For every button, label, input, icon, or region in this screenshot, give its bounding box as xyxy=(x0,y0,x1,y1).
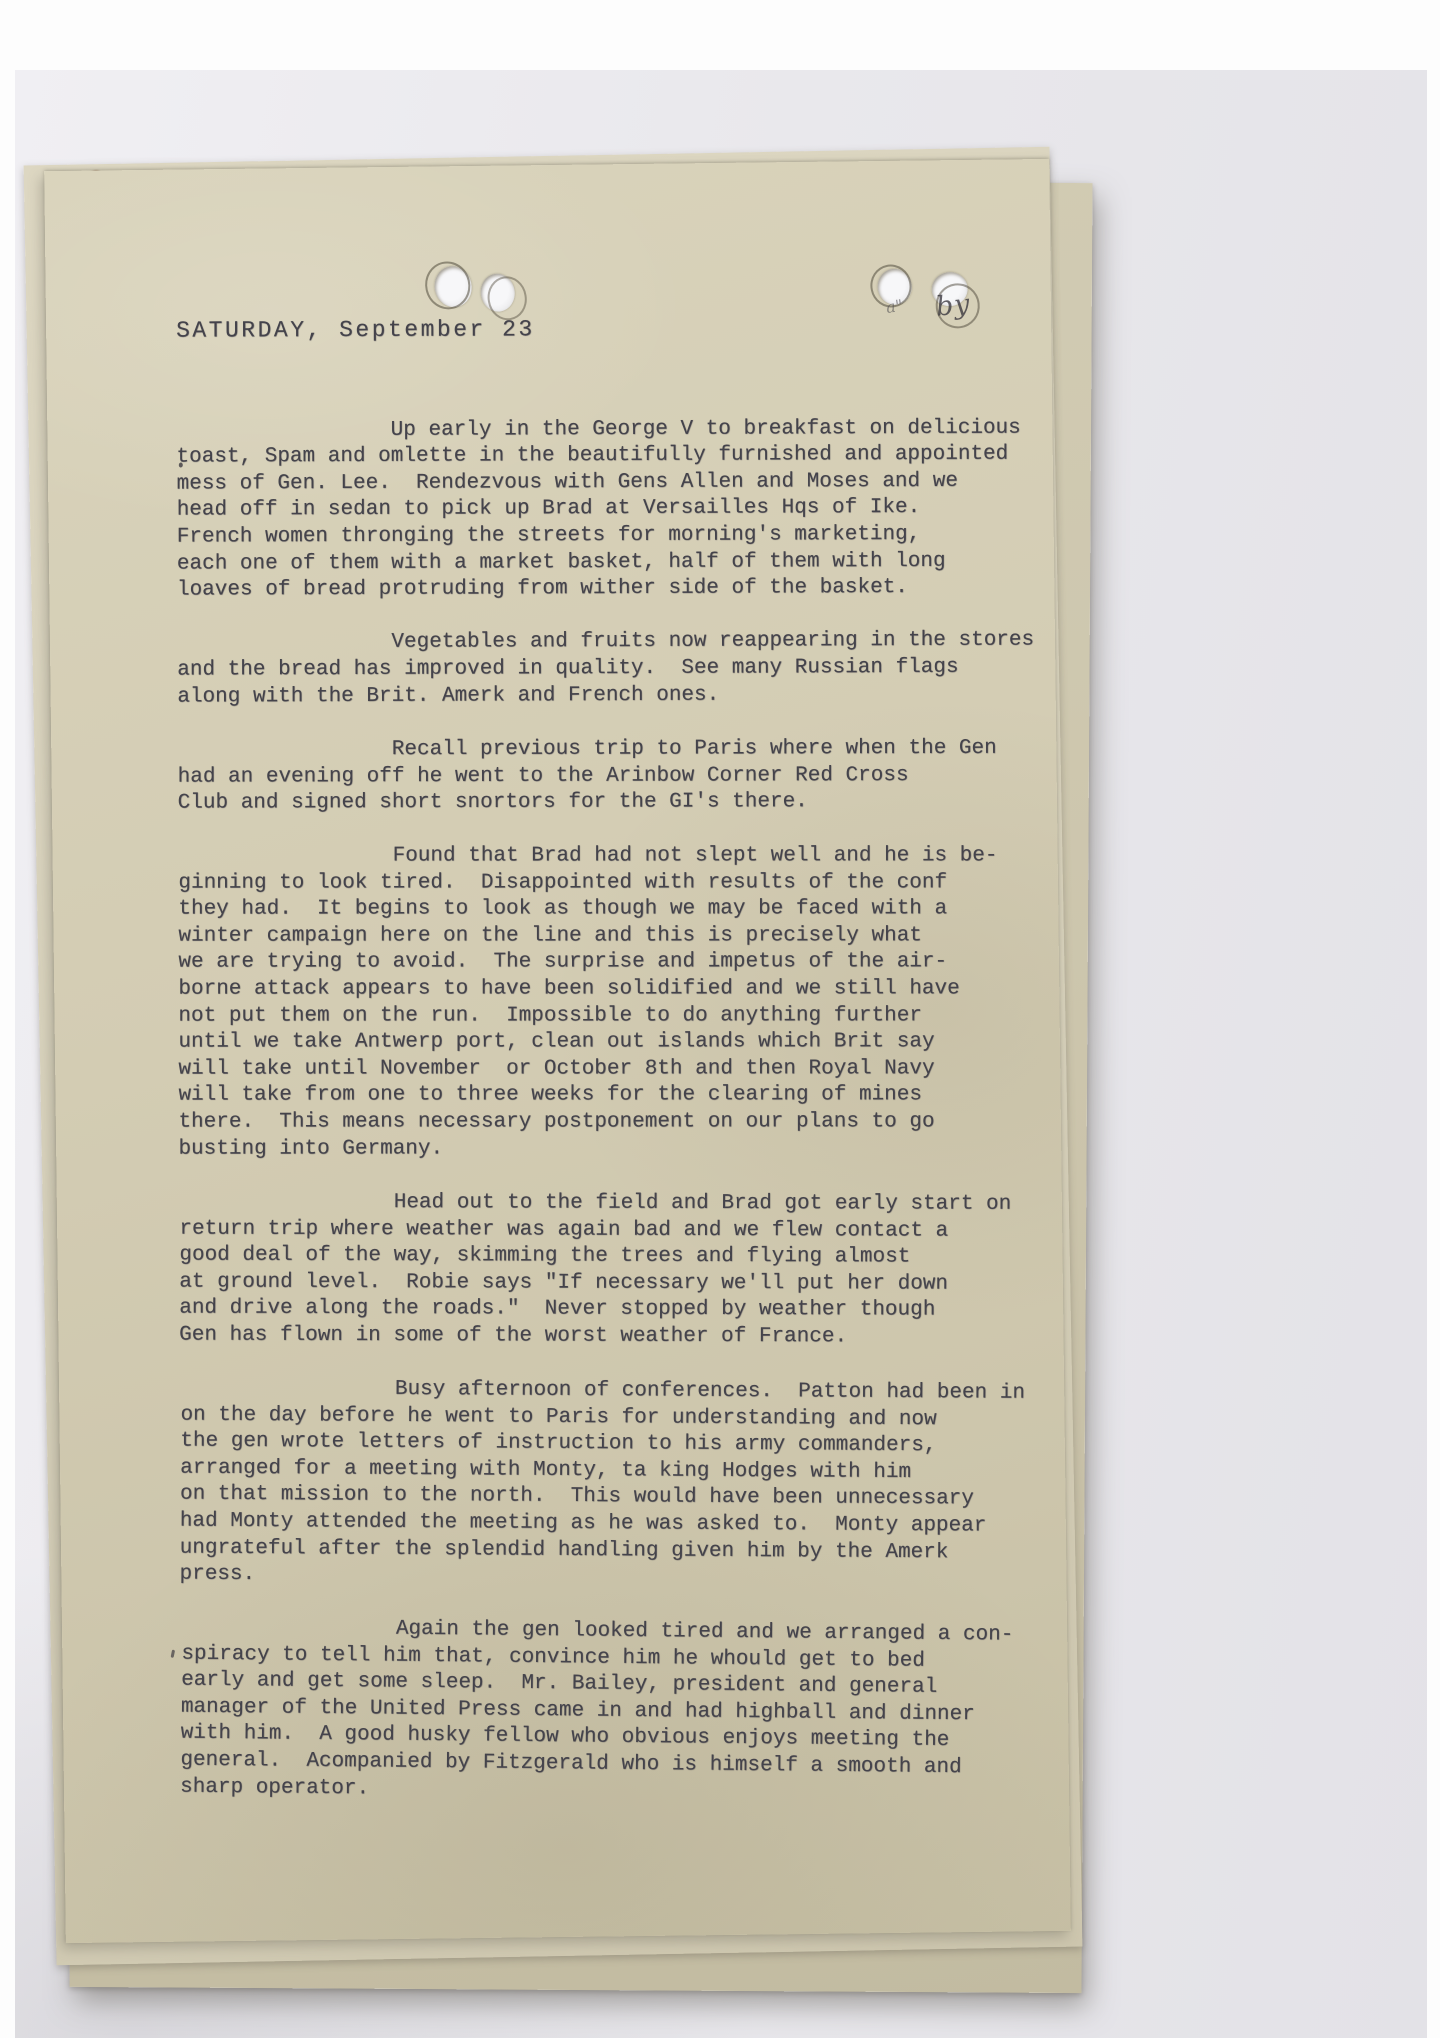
handwritten-pencil-mark: a" xyxy=(884,296,904,318)
punch-hole-icon xyxy=(431,263,476,311)
document-paragraph: Busy afternoon of conferences. Patton ha… xyxy=(179,1376,1027,1594)
photo-background: a" by SATURDAY, September 23 Up early in… xyxy=(15,70,1427,2038)
document-paragraph: Vegetables and fruits now reappearing in… xyxy=(177,628,1024,711)
document-paragraph: Head out to the field and Brad got early… xyxy=(179,1189,1026,1351)
punch-hole-icon xyxy=(478,271,517,314)
document-paragraph: Recall previous trip to Paris where when… xyxy=(178,736,1025,818)
stray-type-mark xyxy=(171,1650,176,1658)
typewritten-text: SATURDAY, September 23 Up early in the G… xyxy=(176,315,1028,1828)
document-paragraph: Up early in the George V to breakfast on… xyxy=(176,415,1024,604)
document-date-heading: SATURDAY, September 23 xyxy=(176,315,1023,345)
document-paragraph: Again the gen looked tired and we arrang… xyxy=(180,1615,1029,1809)
document-page: a" by SATURDAY, September 23 Up early in… xyxy=(44,159,1071,1943)
document-paragraph: Found that Brad had not slept well and h… xyxy=(178,843,1025,1162)
